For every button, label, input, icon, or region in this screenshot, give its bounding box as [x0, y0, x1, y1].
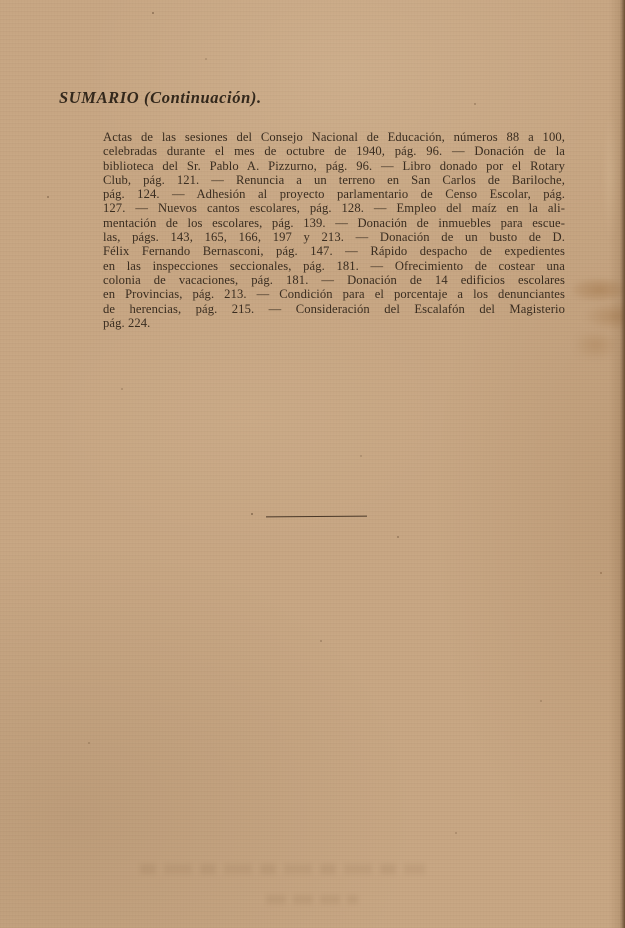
paper-specks: [0, 0, 2, 2]
summary-line: de herencias, pág. 215. — Consideración …: [103, 302, 565, 316]
summary-paragraph: Actas de las sesiones del Consejo Nacion…: [103, 130, 565, 330]
summary-line: en las inspecciones seccionales, pág. 18…: [103, 259, 565, 273]
summary-line: Actas de las sesiones del Consejo Nacion…: [103, 130, 565, 144]
show-through-smudge: [140, 864, 425, 874]
show-through-smudge: [266, 895, 358, 904]
summary-line: en Provincias, pág. 213. — Condición par…: [103, 287, 565, 301]
summary-line: pág. 124. — Adhesión al proyecto parlame…: [103, 187, 565, 201]
stain: [593, 86, 623, 266]
separator-rule: [266, 516, 367, 518]
page-right-edge: [620, 0, 625, 928]
summary-line: Félix Fernando Bernasconi, pág. 147. — R…: [103, 244, 565, 258]
summary-line: pág. 224.: [103, 316, 565, 330]
summary-line: Club, pág. 121. — Renuncia a un terreno …: [103, 173, 565, 187]
page-right-edge-shadow: [609, 0, 621, 928]
stain: [573, 330, 619, 360]
summary-line: celebradas durante el mes de octubre de …: [103, 144, 565, 158]
summary-line: 127. — Nuevos cantos escolares, pág. 128…: [103, 201, 565, 215]
summary-line: mentación de los escolares, pág. 139. — …: [103, 216, 565, 230]
summary-line: biblioteca del Sr. Pablo A. Pizzurno, pá…: [103, 159, 565, 173]
summary-line: colonia de vacaciones, pág. 181. — Donac…: [103, 273, 565, 287]
summary-line: las, págs. 143, 165, 166, 197 y 213. — D…: [103, 230, 565, 244]
scanned-page: SUMARIO (Continuación). Actas de las ses…: [0, 0, 625, 928]
page-title: SUMARIO (Continuación).: [59, 88, 262, 108]
